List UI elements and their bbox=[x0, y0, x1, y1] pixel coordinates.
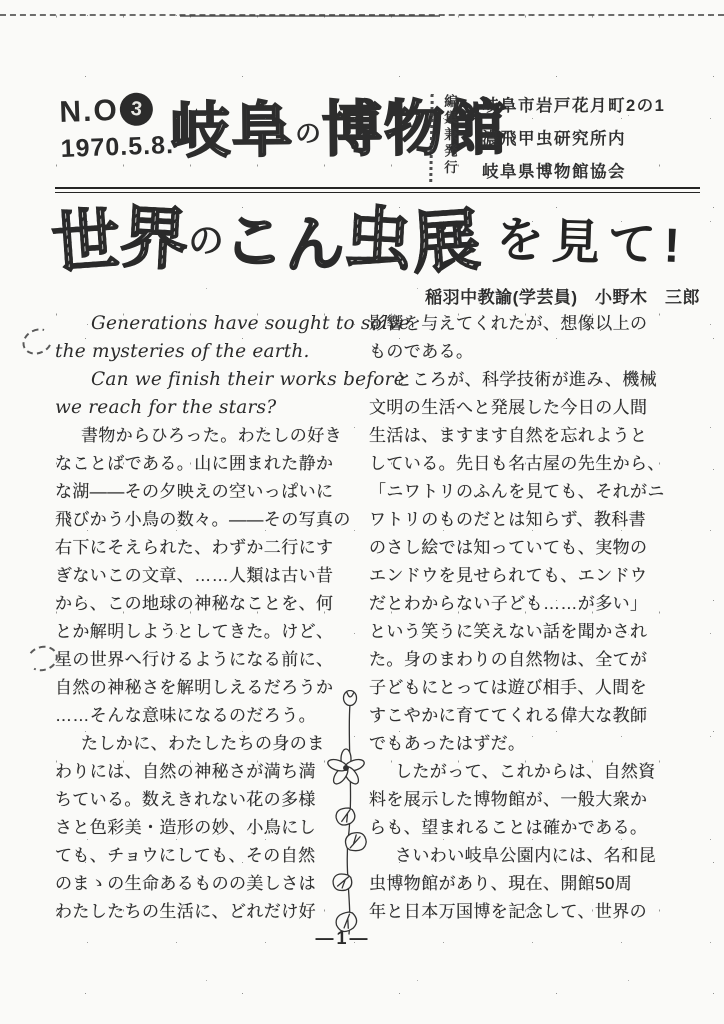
text-line: のさし絵では知っていても、実物の bbox=[369, 534, 703, 562]
text-line: ても、チョウにしても、その自然 bbox=[55, 842, 357, 870]
issue-label: N.O bbox=[59, 94, 119, 129]
address-line: 濃飛甲虫研究所内 bbox=[482, 123, 665, 156]
text-line: ものである。 bbox=[369, 338, 703, 366]
article-body: Generations have sought to solvethe myst… bbox=[55, 310, 703, 926]
scan-artifact-line bbox=[180, 15, 440, 17]
headline-char: 界 bbox=[118, 194, 190, 283]
text-line: 子どもにとっては遊び相手、人間を bbox=[369, 674, 703, 702]
headline-suffix: を見て! bbox=[495, 201, 689, 277]
headline-char: こ bbox=[222, 197, 286, 286]
headline-decorated: 世界のこん虫展 bbox=[52, 252, 480, 269]
text-line: we reach for the stars? bbox=[55, 394, 357, 422]
text-line: Can we finish their works before bbox=[55, 366, 357, 394]
title-part2: 博物館 bbox=[322, 95, 509, 164]
text-line: た。身のまわりの自然物は、全てが bbox=[369, 646, 703, 674]
text-line: 星の世界へ行けるようになる前に、 bbox=[55, 646, 357, 674]
text-line: ぎないこの文章、……人類は古い昔 bbox=[55, 562, 357, 590]
text-line: the mysteries of the earth. bbox=[55, 338, 357, 366]
text-line: したがって、これからは、自然資 bbox=[369, 758, 703, 786]
text-line: な湖——その夕映えの空いっぱいに bbox=[55, 478, 357, 506]
text-line: 虫博物館があり、現在、開館50周 bbox=[369, 870, 703, 898]
page-number: —1— bbox=[298, 928, 388, 949]
headline-char: 世 bbox=[49, 197, 123, 288]
scanned-newsletter-page: N.O3 1970.5.8. 岐阜の博物館 編集兼発行 岐阜市岩戸花月町2の1濃… bbox=[0, 0, 724, 1024]
publisher-vertical-label: 編集兼発行 bbox=[439, 94, 459, 186]
text-line: 飛びかう小鳥の数々。——その写真の bbox=[55, 506, 357, 534]
text-line: わりには、自然の神秘さが満ち満 bbox=[55, 758, 357, 786]
publisher-address: 岐阜市岩戸花月町2の1濃飛甲虫研究所内岐阜県博物館協会 bbox=[482, 90, 665, 189]
text-line: 書物からひろった。わたしの好き bbox=[55, 422, 357, 450]
text-line: たしかに、わたしたちの身のま bbox=[55, 730, 357, 758]
text-line: 生活は、ますます自然を忘れようと bbox=[369, 422, 703, 450]
issue-date: 1970.5.8. bbox=[60, 131, 174, 164]
text-line: から、この地球の神秘なことを、何 bbox=[55, 590, 357, 618]
headline-char: の bbox=[185, 197, 227, 285]
text-line: でもあったはずだ。 bbox=[369, 730, 703, 758]
article-headline: 世界のこん虫展を見て! bbox=[52, 198, 688, 288]
headline-char: 虫 bbox=[342, 194, 414, 283]
text-line: のまゝの生命あるものの美しさは bbox=[55, 870, 357, 898]
address-line: 岐阜市岩戸花月町2の1 bbox=[482, 90, 665, 123]
issue-block: N.O3 1970.5.8. bbox=[59, 92, 175, 164]
text-line: Generations have sought to solve bbox=[55, 310, 357, 338]
column-right: 影響を与えてくれたが、想像以上のものである。ところが、科学技術が進み、機械文明の… bbox=[369, 310, 703, 926]
text-line: とか解明しようとしてきた。けど、 bbox=[55, 618, 357, 646]
address-line: 岐阜県博物館協会 bbox=[482, 156, 665, 189]
title-particle: の bbox=[295, 118, 321, 148]
column-left: Generations have sought to solvethe myst… bbox=[55, 310, 357, 926]
text-line: なことばである。山に囲まれた静か bbox=[55, 450, 357, 478]
text-line: さと色彩美・造形の妙、小鳥にし bbox=[55, 814, 357, 842]
masthead-double-rule bbox=[55, 187, 700, 193]
text-line: 料を展示した博物館が、一般大衆か bbox=[369, 786, 703, 814]
text-line: すこやかに育ててくれる偉大な教師 bbox=[369, 702, 703, 730]
issue-number-badge: 3 bbox=[120, 93, 153, 126]
headline-char: 展 bbox=[409, 197, 483, 288]
byline: 稲羽中教諭(学芸員) 小野木 三郎 bbox=[368, 283, 700, 308]
masthead: N.O3 1970.5.8. 岐阜の博物館 編集兼発行 岐阜市岩戸花月町2の1濃… bbox=[58, 88, 698, 188]
text-line: 右下にそえられた、わずか二行にす bbox=[55, 534, 357, 562]
text-line: 年と日本万国博を記念して、世界の bbox=[369, 898, 703, 926]
flower-sketch-illustration bbox=[326, 690, 372, 936]
text-line: 自然の神秘さを解明しえるだろうか bbox=[55, 674, 357, 702]
text-line: している。先日も名古屋の先生から、 bbox=[369, 450, 703, 478]
title-part1: 岐阜 bbox=[170, 96, 295, 164]
text-line: 「ニワトリのふんを見ても、それがニ bbox=[369, 478, 703, 506]
text-line: 文明の生活へと発展した今日の人間 bbox=[369, 394, 703, 422]
text-line: エンドウを見せられても、エンドウ bbox=[369, 562, 703, 590]
text-line: ……そんな意味になるのだろう。 bbox=[55, 702, 357, 730]
headline-char: ん bbox=[281, 200, 347, 290]
text-line: ワトリのものだとは知らず、教科書 bbox=[369, 506, 703, 534]
text-line: 影響を与えてくれたが、想像以上の bbox=[369, 310, 703, 338]
text-line: さいわい岐阜公園内には、名和昆 bbox=[369, 842, 703, 870]
text-line: らも、望まれることは確かである。 bbox=[369, 814, 703, 842]
text-line: わたしたちの生活に、どれだけ好 bbox=[55, 898, 357, 926]
text-line: ところが、科学技術が進み、機械 bbox=[369, 366, 703, 394]
text-line: だとわからない子ども……が多い」 bbox=[369, 590, 703, 618]
hole-punch-mark bbox=[18, 324, 57, 360]
text-line: という笑うに笑えない話を聞かされ bbox=[369, 618, 703, 646]
text-line: ちている。数えきれない花の多様 bbox=[55, 786, 357, 814]
